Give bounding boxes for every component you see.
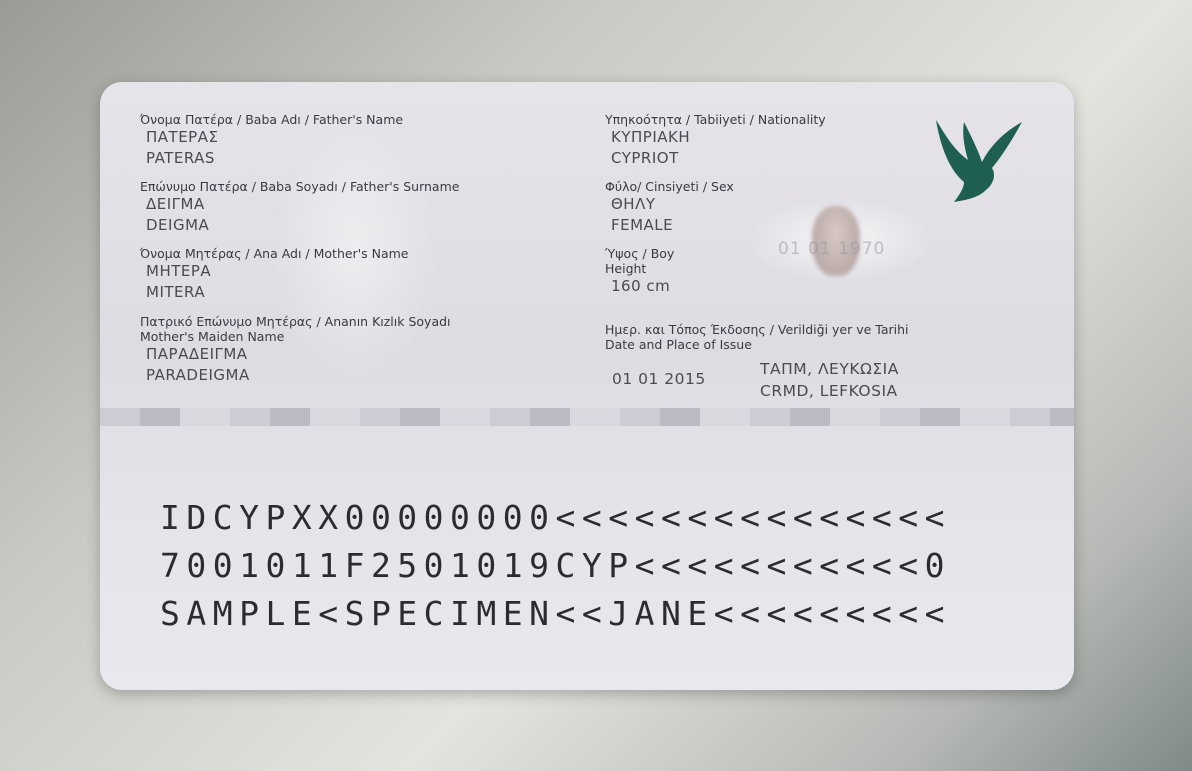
mothers-name-greek: ΜΗΤΕΡΑ — [146, 261, 409, 282]
fathers-surname-latin: DEIGMA — [146, 215, 459, 236]
dove-emblem-icon — [928, 116, 1028, 206]
height-label-2: Height — [605, 261, 674, 276]
height-label-1: Ύψος / Boy — [605, 246, 674, 261]
issue-label-2: Date and Place of Issue — [605, 337, 909, 352]
mothers-maiden-name-label-1: Πατρικό Επώνυμο Μητέρας / Ananın Kızlık … — [140, 314, 451, 329]
fathers-name-field: Όνομα Πατέρα / Baba Adı / Father's Name … — [140, 112, 403, 169]
fathers-name-greek: ΠΑΤΕΡΑΣ — [146, 127, 403, 148]
sex-greek: ΘΗΛΥ — [611, 194, 734, 215]
mrz-line-1: IDCYPXX00000000<<<<<<<<<<<<<<< — [160, 494, 951, 542]
mrz-line-2: 7001011F2501019CYP<<<<<<<<<<<0 — [160, 542, 951, 590]
mothers-maiden-name-latin: PARADEIGMA — [146, 365, 451, 386]
nationality-greek: ΚΥΠΡΙΑΚΗ — [611, 127, 826, 148]
mothers-maiden-name-field: Πατρικό Επώνυμο Μητέρας / Ananın Kızlık … — [140, 314, 451, 386]
nationality-label: Υπηκοότητα / Tabiiyeti / Nationality — [605, 112, 826, 127]
sex-label: Φύλο/ Cinsiyeti / Sex — [605, 179, 734, 194]
height-value: 160 cm — [611, 276, 674, 297]
issue-place-latin: CRMD, LEFKOSIA — [760, 380, 899, 402]
mothers-name-field: Όνομα Μητέρας / Ana Adı / Mother's Name … — [140, 246, 409, 303]
issue-place-greek: ΤΑΠΜ, ΛΕΥΚΩΣΙΑ — [760, 358, 899, 380]
mrz-line-3: SAMPLE<SPECIMEN<<JANE<<<<<<<<< — [160, 590, 951, 638]
nationality-latin: CYPRIOT — [611, 148, 826, 169]
fathers-name-label: Όνομα Πατέρα / Baba Adı / Father's Name — [140, 112, 403, 127]
issue-field: Ημερ. και Τόπος Έκδοσης / Verildiği yer … — [605, 322, 909, 352]
ghost-date: 01 01 1970 — [778, 239, 885, 259]
mothers-name-label: Όνομα Μητέρας / Ana Adı / Mother's Name — [140, 246, 409, 261]
nationality-field: Υπηκοότητα / Tabiiyeti / Nationality ΚΥΠ… — [605, 112, 826, 169]
issue-date: 01 01 2015 — [612, 370, 706, 388]
issue-place: ΤΑΠΜ, ΛΕΥΚΩΣΙΑ CRMD, LEFKOSIA — [760, 358, 899, 402]
fathers-surname-label: Επώνυμο Πατέρα / Baba Soyadı / Father's … — [140, 179, 459, 194]
mothers-maiden-name-greek: ΠΑΡΑΔΕΙΓΜΑ — [146, 344, 451, 365]
security-strip — [100, 408, 1074, 426]
fathers-surname-field: Επώνυμο Πατέρα / Baba Soyadı / Father's … — [140, 179, 459, 236]
mothers-name-latin: MITERA — [146, 282, 409, 303]
machine-readable-zone: IDCYPXX00000000<<<<<<<<<<<<<<< 7001011F2… — [160, 494, 951, 638]
fathers-surname-greek: ΔΕΙΓΜΑ — [146, 194, 459, 215]
sex-field: Φύλο/ Cinsiyeti / Sex ΘΗΛΥ FEMALE — [605, 179, 734, 236]
height-field: Ύψος / Boy Height 160 cm — [605, 246, 674, 297]
id-card: Όνομα Πατέρα / Baba Adı / Father's Name … — [100, 82, 1074, 690]
fathers-name-latin: PATERAS — [146, 148, 403, 169]
issue-label-1: Ημερ. και Τόπος Έκδοσης / Verildiği yer … — [605, 322, 909, 337]
sex-latin: FEMALE — [611, 215, 734, 236]
mothers-maiden-name-label-2: Mother's Maiden Name — [140, 329, 451, 344]
